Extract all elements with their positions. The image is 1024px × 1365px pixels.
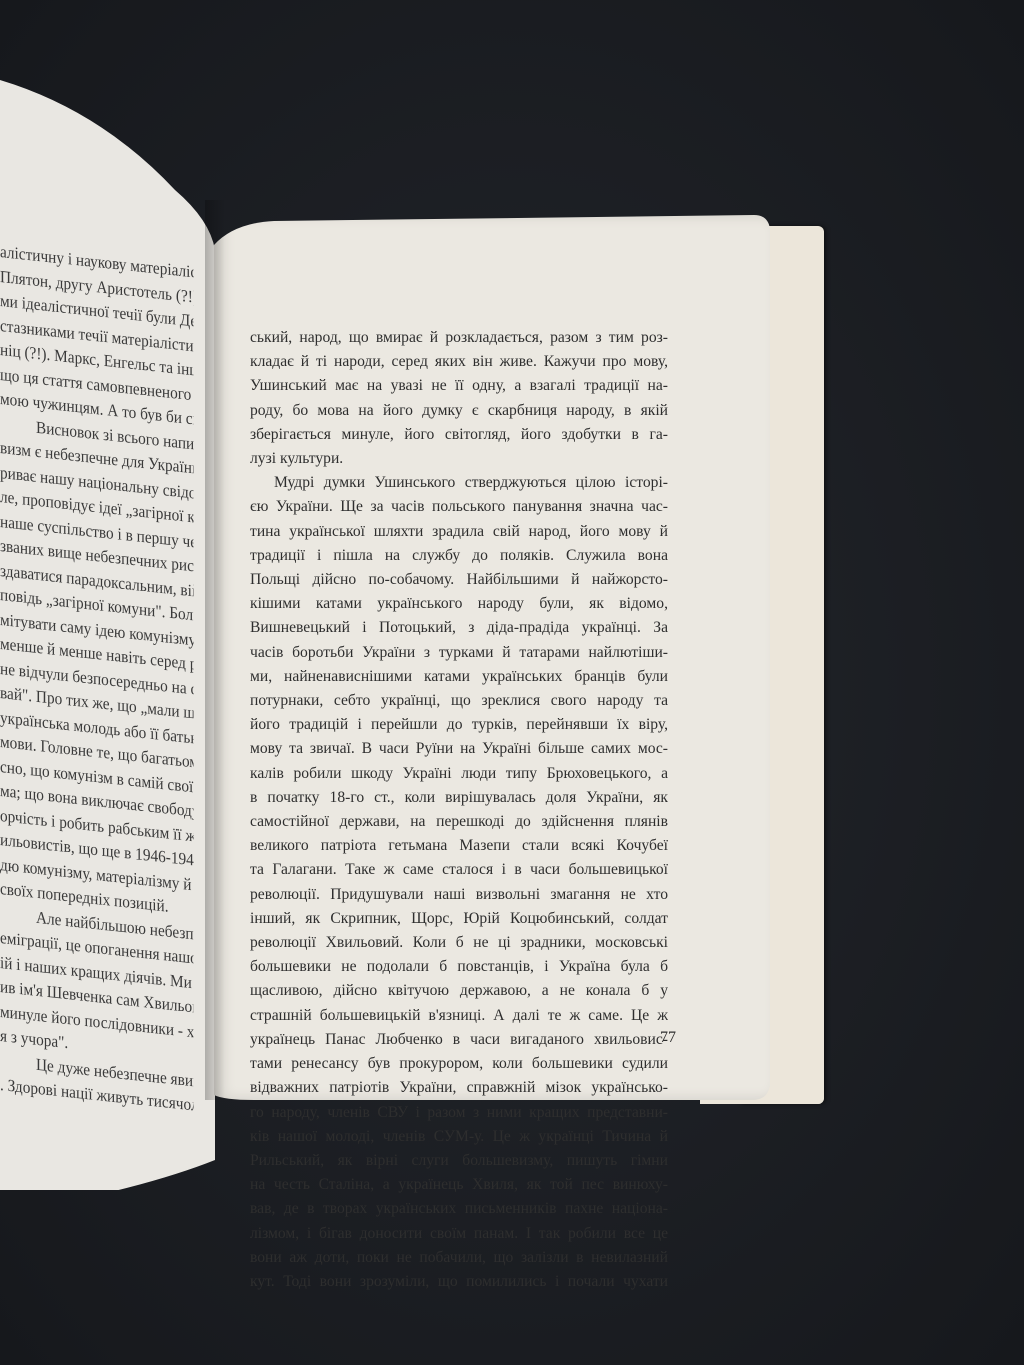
right-text-line: та Галагани. Таке ж саме сталося і в час…: [250, 858, 668, 882]
right-text-line: революції. Придушували наші визвольні зм…: [250, 883, 668, 907]
right-text-line: лузі культури.: [250, 447, 668, 471]
right-text-line: вав, де в творах українських письменникі…: [250, 1197, 668, 1221]
right-text-line: відважних патріотів України, справжній м…: [250, 1076, 668, 1100]
right-text-line: го народу, членів СВУ і разом з ними кра…: [250, 1101, 668, 1125]
right-text-line: щасливою, дійсно квітучою державою, а не…: [250, 979, 668, 1003]
right-text-line: лізмом, і бігав доносити своїм панам. І …: [250, 1222, 668, 1246]
gutter-shadow: [205, 200, 225, 1100]
right-text-line: великого патріота гетьмана Мазепи стали …: [250, 834, 668, 858]
right-text-line: мову та звичаї. В часи Руїни на Україні …: [250, 737, 668, 761]
right-text-line: кут. Тоді вони зрозуміли, що помилились …: [250, 1270, 668, 1294]
right-page-text: ський, народ, що вмирає й розкладається,…: [250, 326, 668, 1294]
right-text-line: тами ренесансу був прокурором, коли боль…: [250, 1052, 668, 1076]
right-text-line: потурнаки, себто українці, що зреклися с…: [250, 689, 668, 713]
right-text-line: традиції і пішла на службу до поляків. С…: [250, 544, 668, 568]
left-page-text: алістичну і наукову матеріалістичну. Пер…: [0, 240, 194, 1120]
right-text-line: роду, бо мова на його думку є скарбниця …: [250, 399, 668, 423]
right-text-line: кладає й ті народи, серед яких він живе.…: [250, 350, 668, 374]
right-text-line: українець Панас Любченко в часи вигадано…: [250, 1028, 668, 1052]
page-number: 77: [660, 1029, 676, 1047]
right-text-line: ми, найненависнішими катами українських …: [250, 665, 668, 689]
right-text-line: його традицій і перейшли до турків, пере…: [250, 713, 668, 737]
right-text-line: кішими катами українського народу були, …: [250, 592, 668, 616]
right-text-line: Польщі дійсно по-собачому. Найбільшими й…: [250, 568, 668, 592]
right-text-line: Ушинський має на увазі не її одну, а вза…: [250, 374, 668, 398]
right-text-line: революції Хвильовий. Коли б не ці зрадни…: [250, 931, 668, 955]
right-text-line: Мудрі думки Ушинського стверджуються ціл…: [250, 471, 668, 495]
right-text-line: вони аж доти, поки не побачили, що заліз…: [250, 1246, 668, 1270]
right-text-line: ський, народ, що вмирає й розкладається,…: [250, 326, 668, 350]
right-text-line: зберігається минуле, його світогляд, йог…: [250, 423, 668, 447]
right-text-line: калів робили шкоду Україні люди типу Брю…: [250, 762, 668, 786]
right-text-line: ків нашої молоді, членів СУМ-у. Це ж укр…: [250, 1125, 668, 1149]
right-text-line: большевики не подолали б повстанців, і У…: [250, 955, 668, 979]
right-text-line: Рильський, як вірні слуги большевизму, п…: [250, 1149, 668, 1173]
right-text-line: на честь Сталіна, а українець Хвиля, як …: [250, 1173, 668, 1197]
right-text-line: тина української шляхти зрадила свій нар…: [250, 520, 668, 544]
right-text-line: страшній большевицькій в'язниці. А далі …: [250, 1004, 668, 1028]
right-text-line: Вишневецький і Потоцький, з діда-прадіда…: [250, 616, 668, 640]
right-text-line: єю України. Ще за часів польського панув…: [250, 495, 668, 519]
right-text-line: інший, як Скрипник, Щорс, Юрій Коцюбинсь…: [250, 907, 668, 931]
right-text-line: часів боротьби України з турками й татар…: [250, 641, 668, 665]
right-text-line: в початку 18-го ст., коли вирішувалась д…: [250, 786, 668, 810]
right-text-line: самостійної держави, на перешкоді до зді…: [250, 810, 668, 834]
